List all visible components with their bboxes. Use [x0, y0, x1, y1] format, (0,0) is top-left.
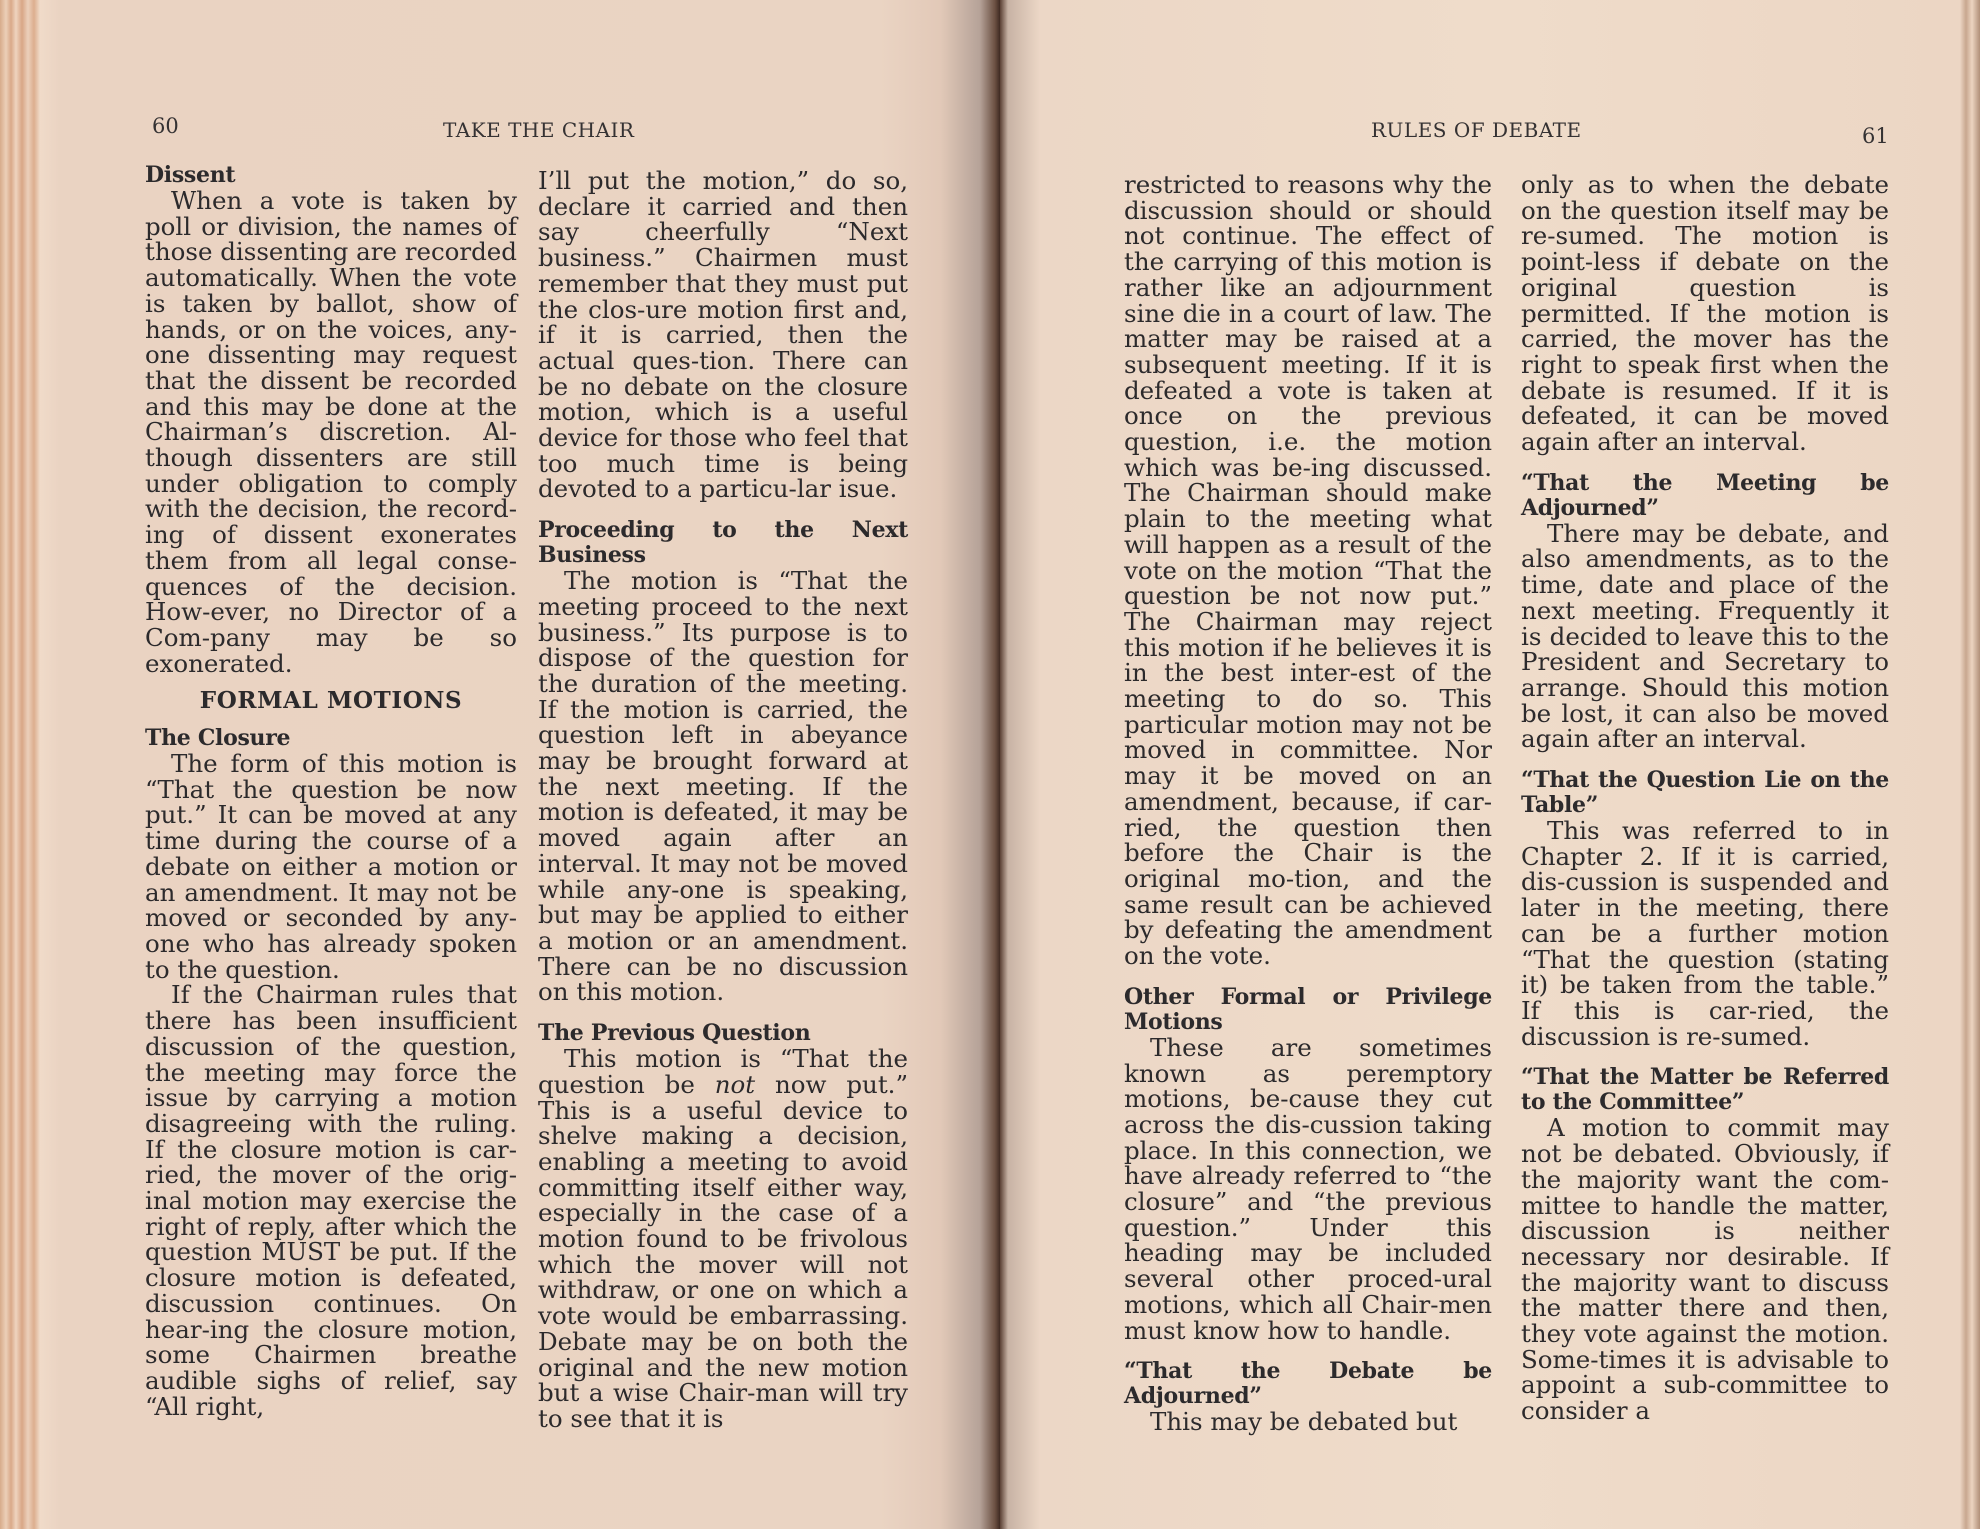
- heading-lie-on-table: “That the Question Lie on the Table”: [1521, 768, 1889, 818]
- emphasis: not: [715, 1070, 755, 1099]
- paragraph: There may be debate, and also amendments…: [1521, 521, 1889, 752]
- book-spread: 60 TAKE THE CHAIR Dissent When a vote is…: [0, 0, 1980, 1529]
- left-column-1: Dissent When a vote is taken by poll or …: [145, 163, 517, 1419]
- paragraph: This may be debated but: [1124, 1409, 1492, 1435]
- heading-meeting-adjourned: “That the Meeting be Adjourned”: [1521, 471, 1889, 521]
- page-number: 61: [1862, 124, 1889, 148]
- running-head: RULES OF DEBATE: [1371, 118, 1582, 142]
- section-heading-formal-motions: FORMAL MOTIONS: [145, 688, 517, 714]
- paragraph: restricted to reasons why the discussion…: [1124, 172, 1492, 969]
- paragraph: If the Chairman rules that there has bee…: [145, 982, 517, 1419]
- paragraph: When a vote is taken by poll or division…: [145, 188, 517, 676]
- paragraph: I’ll put the motion,” do so, declare it …: [538, 168, 908, 502]
- right-page: RULES OF DEBATE 61 restricted to reasons…: [1000, 0, 1980, 1529]
- left-page: 60 TAKE THE CHAIR Dissent When a vote is…: [0, 0, 1000, 1529]
- heading-closure: The Closure: [145, 726, 517, 751]
- heading-other-formal-motions: Other Formal or Privilege Motions: [1124, 985, 1492, 1035]
- paragraph: A motion to commit may not be debated. O…: [1521, 1115, 1889, 1423]
- heading-previous-question: The Previous Question: [538, 1021, 908, 1046]
- page-number: 60: [152, 114, 179, 138]
- paragraph: only as to when the debate on the questi…: [1521, 172, 1889, 455]
- paragraph: These are sometimes known as peremptory …: [1124, 1035, 1492, 1343]
- heading-referred-committee: “That the Matter be Referred to the Comm…: [1521, 1065, 1889, 1115]
- heading-debate-adjourned: “That the Debate be Adjourned”: [1124, 1359, 1492, 1409]
- running-head: TAKE THE CHAIR: [443, 118, 634, 142]
- paragraph: This motion is “That the question be not…: [538, 1046, 908, 1432]
- right-column-2: only as to when the debate on the questi…: [1521, 172, 1889, 1424]
- paragraph: The motion is “That the meeting proceed …: [538, 568, 908, 1005]
- paragraph: The form of this motion is “That the que…: [145, 751, 517, 982]
- right-column-1: restricted to reasons why the discussion…: [1124, 172, 1492, 1435]
- heading-dissent: Dissent: [145, 163, 517, 188]
- heading-next-business: Proceeding to the Next Business: [538, 518, 908, 568]
- paragraph: This was referred to in Chapter 2. If it…: [1521, 818, 1889, 1049]
- left-column-2: I’ll put the motion,” do so, declare it …: [538, 168, 908, 1432]
